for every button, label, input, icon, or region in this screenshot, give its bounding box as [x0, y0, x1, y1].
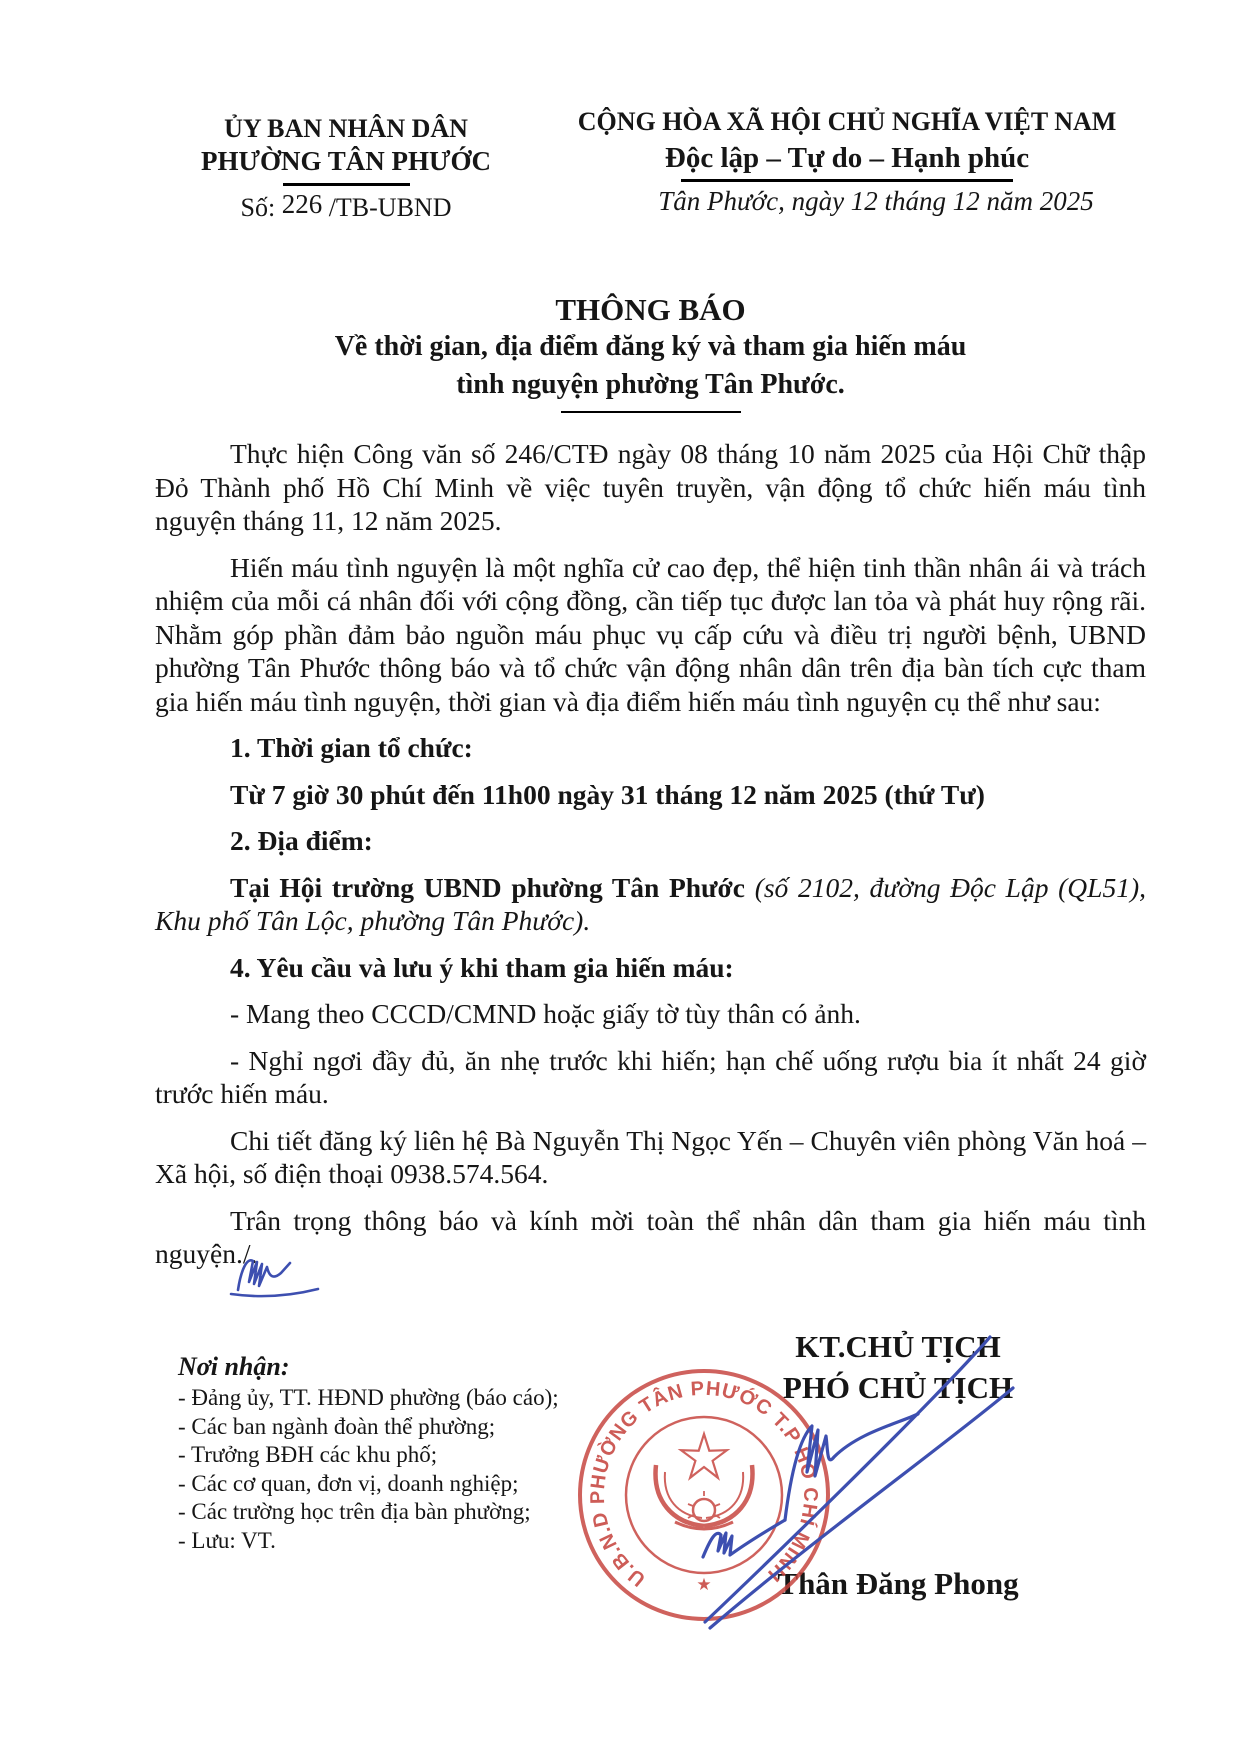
document-type-title: THÔNG BÁO — [155, 291, 1146, 328]
document-number-suffix: /TB-UBND — [329, 193, 452, 222]
national-title: CỘNG HÒA XÃ HỘI CHỦ NGHĨA VIỆT NAM — [558, 106, 1136, 138]
section-1-time: Từ 7 giờ 30 phút đến 11h00 ngày 31 tháng… — [155, 778, 1146, 812]
section-2-location: Tại Hội trường UBND phường Tân Phước (số… — [155, 871, 1146, 938]
recipients-block: Nơi nhận: - Đảng ủy, TT. HĐND phường (bá… — [178, 1349, 559, 1555]
initial-squiggle — [238, 1260, 290, 1290]
recipient-item: - Trưởng BĐH các khu phố; — [178, 1441, 559, 1470]
signature-stroke-long1 — [705, 1337, 990, 1622]
section-1-heading: 1. Thời gian tổ chức: — [155, 731, 1146, 765]
requirement-id: - Mang theo CCCD/CMND hoặc giấy tờ tùy t… — [155, 997, 1146, 1031]
recipients-label: Nơi nhận: — [178, 1349, 559, 1384]
initial-underline — [231, 1289, 318, 1296]
recipient-item: - Lưu: VT. — [178, 1527, 559, 1556]
document-number-label: Số: — [241, 193, 276, 222]
recipient-item: - Các cơ quan, đơn vị, doanh nghiệp; — [178, 1470, 559, 1499]
signature-stroke-long2 — [710, 1388, 1013, 1628]
signature-m-squiggle — [785, 1414, 918, 1520]
agency-underline — [283, 183, 410, 186]
agency-name: PHƯỜNG TÂN PHƯỚC — [200, 145, 492, 178]
national-motto: Độc lập – Tự do – Hạnh phúc — [558, 140, 1136, 176]
recipient-item: - Đảng ủy, TT. HĐND phường (báo cáo); — [178, 1384, 559, 1413]
signature-m-squiggle-small — [703, 1520, 785, 1557]
section-2-heading: 2. Địa điểm: — [155, 824, 1146, 858]
document-number-line: Số: 226 /TB-UBND — [200, 192, 492, 223]
recipient-item: - Các trường học trên địa bàn phường; — [178, 1498, 559, 1527]
section-4-heading: 4. Yêu cầu và lưu ý khi tham gia hiến má… — [155, 951, 1146, 985]
document-subject-line1: Về thời gian, địa điểm đăng ký và tham g… — [155, 328, 1146, 366]
handwritten-signature — [560, 1230, 1060, 1670]
national-motto-block: CỘNG HÒA XÃ HỘI CHỦ NGHĨA VIỆT NAM Độc l… — [558, 106, 1136, 217]
paragraph-intro: Thực hiện Công văn số 246/CTĐ ngày 08 th… — [155, 437, 1146, 538]
document-subject-line2: tình nguyện phường Tân Phước. — [155, 366, 1146, 404]
paragraph-purpose: Hiến máu tình nguyện là một nghĩa cử cao… — [155, 551, 1146, 719]
paragraph-contact: Chi tiết đăng ký liên hệ Bà Nguyễn Thị N… — [155, 1124, 1146, 1191]
location-name: Tại Hội trường UBND phường Tân Phước — [230, 872, 745, 903]
motto-underline — [681, 179, 1013, 182]
agency-parent-name: ỦY BAN NHÂN DÂN — [200, 112, 492, 145]
document-title-block: THÔNG BÁO Về thời gian, địa điểm đăng ký… — [155, 291, 1146, 413]
document-page: ỦY BAN NHÂN DÂN PHƯỜNG TÂN PHƯỚC Số: 226… — [0, 0, 1241, 1755]
document-body: Thực hiện Công văn số 246/CTĐ ngày 08 th… — [155, 437, 1146, 1271]
title-underline — [561, 411, 741, 413]
issuing-agency-block: ỦY BAN NHÂN DÂN PHƯỜNG TÂN PHƯỚC Số: 226… — [200, 112, 492, 223]
document-number: 226 — [282, 189, 323, 219]
place-date-line: Tân Phước, ngày 12 tháng 12 năm 2025 — [558, 186, 1136, 217]
recipient-item: - Các ban ngành đoàn thể phường; — [178, 1413, 559, 1442]
requirement-rest: - Nghỉ ngơi đầy đủ, ăn nhẹ trước khi hiế… — [155, 1044, 1146, 1111]
clerk-initial-signature — [228, 1250, 324, 1302]
